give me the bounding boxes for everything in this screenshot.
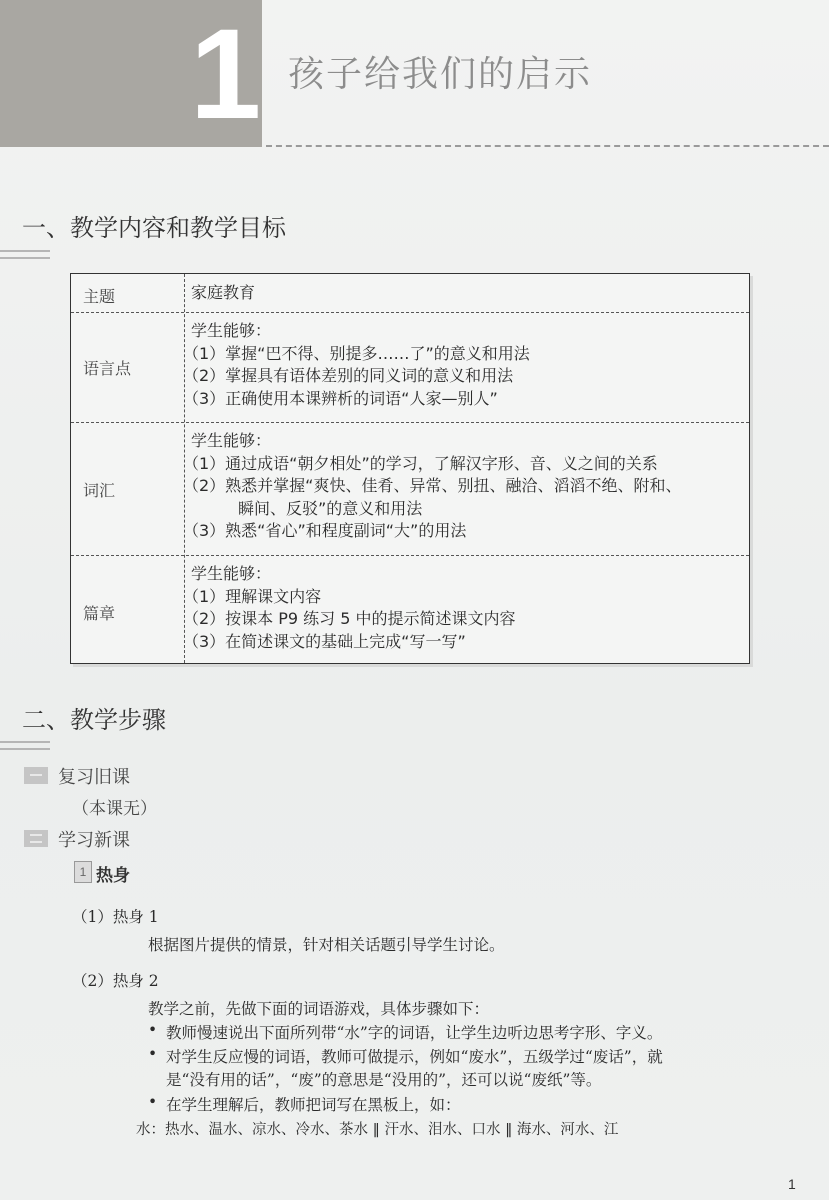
content-line: （1）通过成语“朝夕相处”的学习，了解汉字形、音、义之间的关系 xyxy=(183,453,741,476)
badge-mark xyxy=(30,774,42,776)
content-line: 瞬间、反驳”的意义和用法 xyxy=(191,498,741,521)
objectives-table: 主题 家庭教育 语言点 学生能够： （1）掌握“巴不得、别提多……了”的意义和用… xyxy=(70,273,750,664)
chapter-number: 1 xyxy=(190,20,250,130)
row-content: 家庭教育 xyxy=(191,282,741,305)
row-label: 词汇 xyxy=(83,478,115,501)
blackboard-word-list: 水：热水、温水、凉水、冷水、茶水 ‖ 汗水、泪水、口水 ‖ 海水、河水、江 xyxy=(136,1118,618,1139)
table-row-vocabulary: 词汇 学生能够： （1）通过成语“朝夕相处”的学习，了解汉字形、音、义之间的关系… xyxy=(71,422,749,556)
content-line: （2）熟悉并掌握“爽快、佳肴、异常、别扭、融洽、滔滔不绝、附和、 xyxy=(183,475,741,498)
chapter-title: 孩子给我们的启示 xyxy=(288,50,592,100)
content-line: 学生能够： xyxy=(191,563,741,586)
content-line: （3）正确使用本课辨析的词语“人家—别人” xyxy=(183,388,741,411)
warmup-2-label: （2）热身 2 xyxy=(72,969,159,991)
review-heading: 复习旧课 xyxy=(58,763,130,789)
section-heading-content-goals: 一、教学内容和教学目标 xyxy=(22,212,286,244)
header-dashed-divider xyxy=(266,145,829,147)
section-heading-teaching-steps: 二、教学步骤 xyxy=(22,704,166,736)
chapter-number-block: 1 xyxy=(0,0,262,147)
section-underline xyxy=(0,250,50,259)
row-label: 语言点 xyxy=(83,356,131,379)
bullet-item: 教师慢速说出下面所列带“水”字的词语，让学生边听边思考字形、字义。 xyxy=(166,1021,662,1043)
content-line: （2）按课本 P9 练习 5 中的提示简述课文内容 xyxy=(183,608,741,631)
content-line: （3）熟悉“省心”和程度副词“大”的用法 xyxy=(183,520,741,543)
page-number: 1 xyxy=(788,1176,796,1192)
row-label: 主题 xyxy=(83,284,115,307)
content-line: （1）理解课文内容 xyxy=(183,586,741,609)
content-line: （2）掌握具有语体差别的同义词的意义和用法 xyxy=(183,365,741,388)
table-row-language-points: 语言点 学生能够： （1）掌握“巴不得、别提多……了”的意义和用法 （2）掌握具… xyxy=(71,312,749,423)
step-badge-one xyxy=(24,767,48,784)
section-underline xyxy=(0,741,50,750)
table-row-discourse: 篇章 学生能够： （1）理解课文内容 （2）按课本 P9 练习 5 中的提示简述… xyxy=(71,555,749,663)
badge-mark xyxy=(30,834,42,836)
content-line: （3）在简述课文的基础上完成“写一写” xyxy=(183,631,741,654)
content-line: （1）掌握“巴不得、别提多……了”的意义和用法 xyxy=(183,343,741,366)
row-content: 学生能够： （1）掌握“巴不得、别提多……了”的意义和用法 （2）掌握具有语体差… xyxy=(191,320,741,410)
bullet-item-continued: 是“没有用的话”，“废”的意思是“没用的”，还可以说“废纸”等。 xyxy=(166,1068,601,1090)
row-content: 学生能够： （1）通过成语“朝夕相处”的学习，了解汉字形、音、义之间的关系 （2… xyxy=(191,430,741,543)
textbook-page: 1 孩子给我们的启示 一、教学内容和教学目标 主题 家庭教育 语言点 学生能够：… xyxy=(0,0,829,1200)
warmup-2-text: 教学之前，先做下面的词语游戏，具体步骤如下： xyxy=(148,997,489,1019)
warmup-1-label: （1）热身 1 xyxy=(72,905,159,927)
warmup-heading: 热身 xyxy=(96,861,130,886)
new-lesson-heading: 学习新课 xyxy=(58,826,130,852)
step-badge-two xyxy=(24,830,48,847)
content-line: 学生能够： xyxy=(191,430,741,453)
bullet-item: 对学生反应慢的词语，教师可做提示，例如“废水”，五级学过“废话”，就 xyxy=(166,1045,663,1067)
warmup-1-text: 根据图片提供的情景，针对相关话题引导学生讨论。 xyxy=(148,933,505,955)
bullet-item: 在学生理解后，教师把词写在黑板上，如： xyxy=(166,1093,461,1115)
row-content: 学生能够： （1）理解课文内容 （2）按课本 P9 练习 5 中的提示简述课文内… xyxy=(191,563,741,653)
badge-mark xyxy=(30,841,42,843)
review-note: （本课无） xyxy=(72,794,157,819)
row-label: 篇章 xyxy=(83,601,115,624)
content-line: 学生能够： xyxy=(191,320,741,343)
step-number-badge: 1 xyxy=(74,861,92,883)
table-row-topic: 主题 家庭教育 xyxy=(71,274,749,313)
content-line: 家庭教育 xyxy=(191,282,741,305)
